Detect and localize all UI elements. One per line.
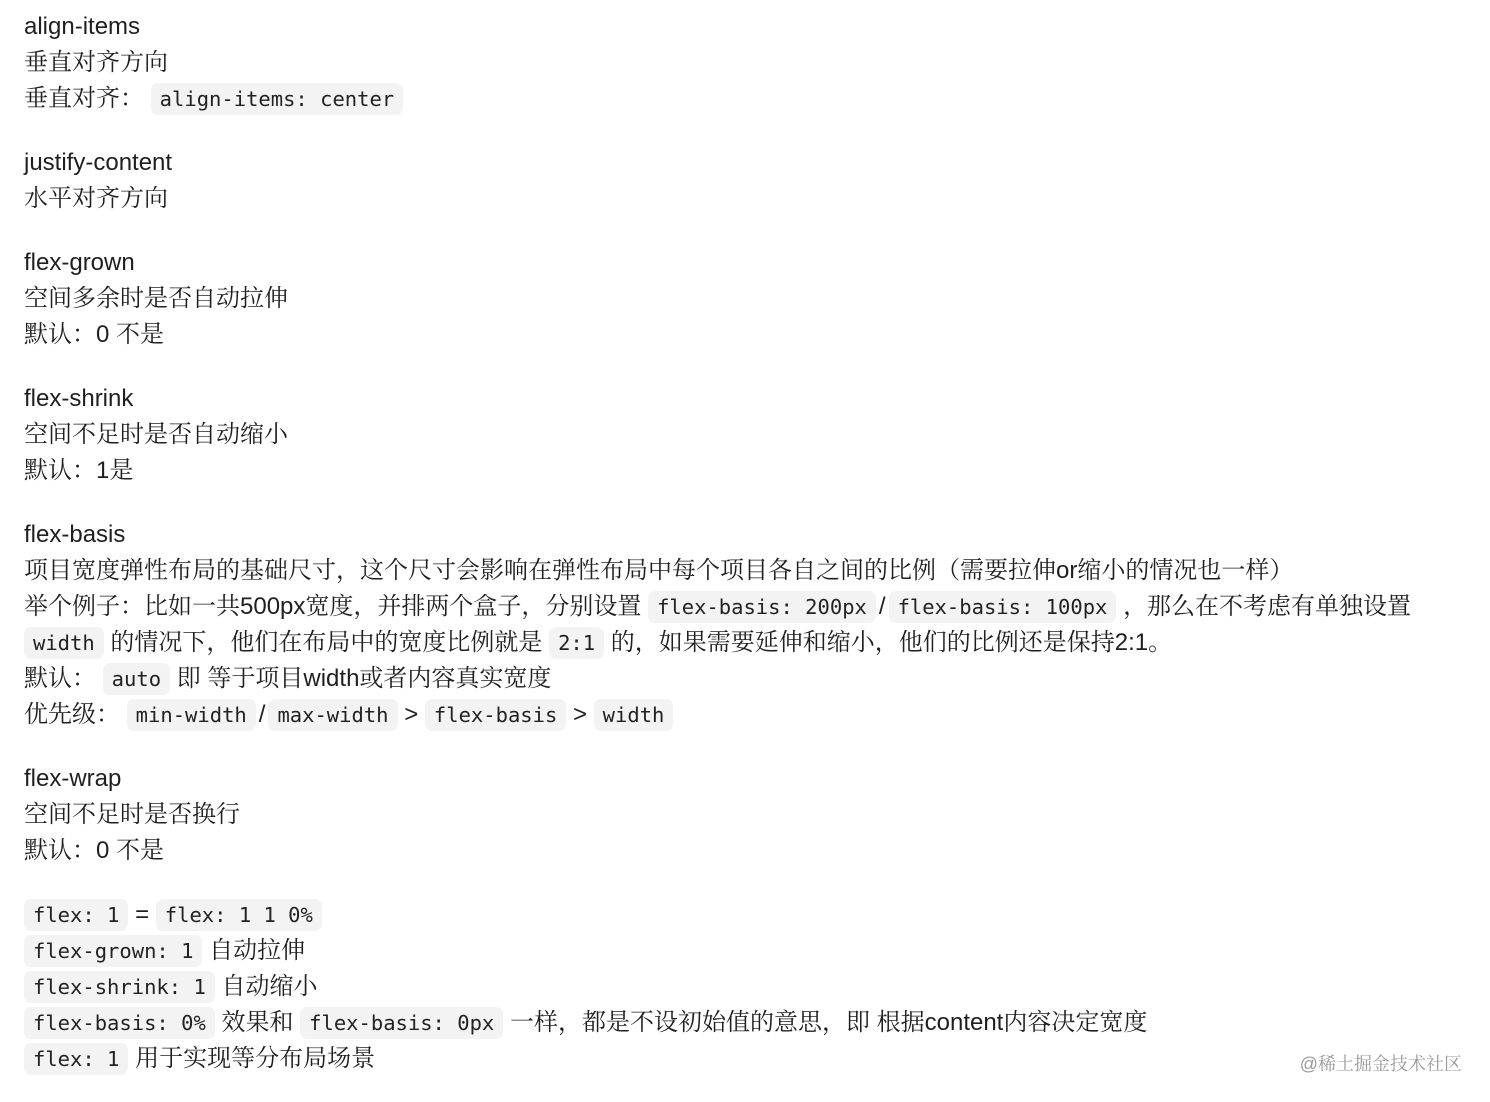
code-flex-1: flex: 1: [24, 1043, 128, 1075]
flex-grown-default: 默认：0 不是: [24, 317, 1470, 353]
flex-basis-priority: 优先级： min-width/max-width > flex-basis > …: [24, 697, 1470, 733]
flex-basis-example: 举个例子：比如一共500px宽度，并排两个盒子，分别设置 flex-basis:…: [24, 589, 1470, 625]
flex-wrap-default: 默认：0 不是: [24, 833, 1470, 869]
flex-shorthand-line1: flex: 1 = flex: 1 1 0%: [24, 897, 1470, 933]
gt-sign: >: [573, 701, 587, 728]
flex-shorthand-line3: flex-shrink: 1 自动缩小: [24, 969, 1470, 1005]
grown-text: 自动拉伸: [209, 937, 305, 964]
example-cont-text1: 的情况下，他们在布局中的宽度比例就是: [110, 629, 542, 656]
flex-wrap-desc: 空间不足时是否换行: [24, 797, 1470, 833]
basis-text1: 效果和: [221, 1009, 293, 1036]
example-suffix: ，那么在不考虑有单独设置: [1123, 593, 1411, 620]
equals-sign: =: [135, 901, 149, 928]
flex-shorthand-line2: flex-grown: 1 自动拉伸: [24, 933, 1470, 969]
section-title-align-items: align-items: [24, 9, 1470, 45]
code-flex-1-1-0: flex: 1 1 0%: [156, 899, 322, 931]
example-cont-text2: 的，如果需要延伸和缩小，他们的比例还是保持2:1。: [611, 629, 1172, 656]
code-min-width: min-width: [127, 699, 256, 731]
code-flex-basis: flex-basis: [425, 699, 566, 731]
flex-basis-default: 默认： auto 即 等于项目width或者内容真实宽度: [24, 661, 1470, 697]
code-flex-1: flex: 1: [24, 899, 128, 931]
section-title-flex-shrink: flex-shrink: [24, 381, 1470, 417]
flex-grown-desc: 空间多余时是否自动拉伸: [24, 281, 1470, 317]
flex-basis-example-cont: width 的情况下，他们在布局中的宽度比例就是 2:1 的，如果需要延伸和缩小…: [24, 625, 1470, 661]
code-width: width: [594, 699, 674, 731]
flex-shrink-default: 默认：1是: [24, 453, 1470, 489]
justify-content-desc: 水平对齐方向: [24, 181, 1470, 217]
flex-shorthand-line4: flex-basis: 0% 效果和 flex-basis: 0px 一样，都是…: [24, 1005, 1470, 1041]
shrink-text: 自动缩小: [221, 973, 317, 1000]
code-width: width: [24, 627, 104, 659]
code-flex-grown-1: flex-grown: 1: [24, 935, 202, 967]
slash: /: [876, 593, 889, 620]
priority-label: 优先级：: [24, 701, 120, 728]
align-items-example: 垂直对齐： align-items: center: [24, 81, 1470, 117]
align-items-desc: 垂直对齐方向: [24, 45, 1470, 81]
flex-shorthand-line5: flex: 1 用于实现等分布局场景: [24, 1041, 1470, 1077]
section-title-justify-content: justify-content: [24, 145, 1470, 181]
gt-sign: >: [404, 701, 418, 728]
code-flex-shrink-1: flex-shrink: 1: [24, 971, 215, 1003]
code-flex-basis-100px: flex-basis: 100px: [889, 591, 1117, 623]
default-text: 即 等于项目width或者内容真实宽度: [177, 665, 552, 692]
code-align-items-center: align-items: center: [151, 83, 404, 115]
align-items-label: 垂直对齐：: [24, 85, 144, 112]
code-flex-basis-0pct: flex-basis: 0%: [24, 1007, 215, 1039]
section-title-flex-basis: flex-basis: [24, 517, 1470, 553]
slash: /: [256, 701, 269, 728]
code-ratio: 2:1: [549, 627, 604, 659]
code-auto: auto: [103, 663, 170, 695]
code-flex-basis-200px: flex-basis: 200px: [648, 591, 876, 623]
default-label: 默认：: [24, 665, 96, 692]
basis-text2: 一样，都是不设初始值的意思，即 根据content内容决定宽度: [510, 1009, 1147, 1036]
usage-text: 用于实现等分布局场景: [135, 1045, 375, 1072]
code-max-width: max-width: [268, 699, 397, 731]
example-prefix: 举个例子：比如一共500px宽度，并排两个盒子，分别设置: [24, 593, 641, 620]
section-title-flex-grown: flex-grown: [24, 245, 1470, 281]
watermark: @稀土掘金技术社区: [1300, 1050, 1462, 1076]
flex-shrink-desc: 空间不足时是否自动缩小: [24, 417, 1470, 453]
code-flex-basis-0px: flex-basis: 0px: [300, 1007, 503, 1039]
document-body: align-items 垂直对齐方向 垂直对齐： align-items: ce…: [24, 9, 1470, 1077]
flex-basis-desc: 项目宽度弹性布局的基础尺寸，这个尺寸会影响在弹性布局中每个项目各自之间的比例（需…: [24, 553, 1470, 589]
section-title-flex-wrap: flex-wrap: [24, 761, 1470, 797]
